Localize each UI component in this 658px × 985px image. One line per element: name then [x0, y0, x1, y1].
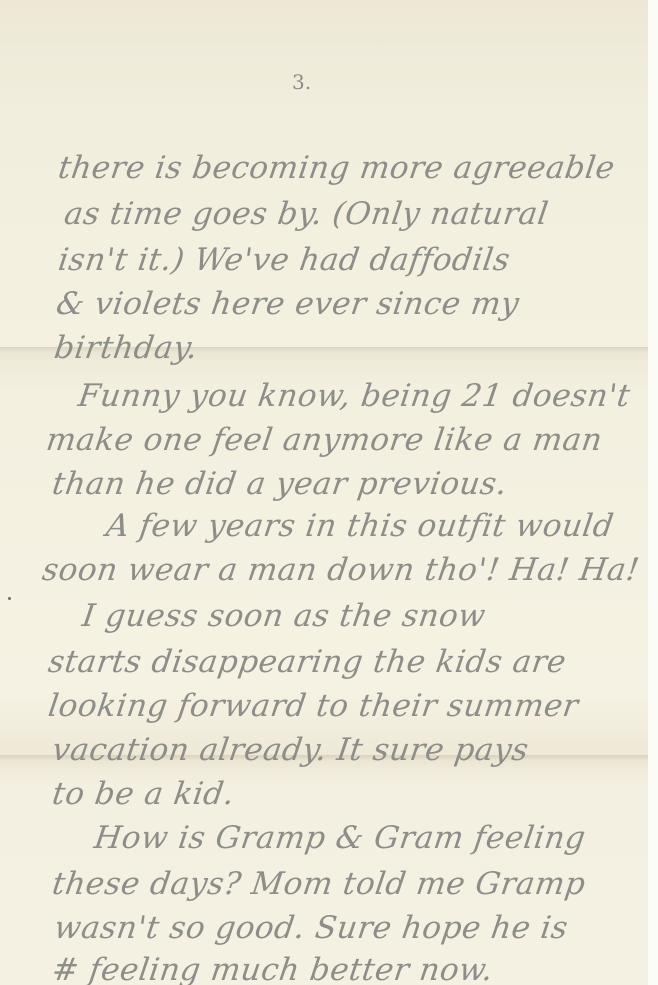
- letter-line: birthday.: [52, 330, 200, 366]
- letter-page: 3. there is becoming more agreeable as t…: [0, 0, 650, 985]
- letter-line: A few years in this outfit would: [104, 508, 616, 544]
- scan-edge: [648, 0, 658, 985]
- letter-line: to be a kid.: [50, 776, 237, 812]
- letter-line: isn't it.) We've had daffodils: [56, 242, 512, 278]
- letter-line: & violets here ever since my: [54, 286, 522, 322]
- letter-line: starts disappearing the kids are: [46, 644, 569, 680]
- letter-line: vacation already. It sure pays: [50, 732, 531, 768]
- margin-dot: [8, 597, 11, 600]
- letter-line: looking forward to their summer: [46, 688, 581, 724]
- letter-line: How is Gramp & Gram feeling: [92, 820, 588, 856]
- letter-line: there is becoming more agreeable: [56, 150, 617, 186]
- letter-line: wasn't so good. Sure hope he is: [52, 910, 570, 946]
- page-number: 3.: [292, 70, 311, 94]
- letter-line: make one feel anymore like a man: [44, 422, 605, 458]
- letter-line: Funny you know, being 21 doesn't: [76, 378, 633, 414]
- letter-line: # feeling much better now.: [50, 952, 496, 985]
- letter-line: soon wear a man down tho'! Ha! Ha!: [40, 552, 642, 588]
- letter-line: as time goes by. (Only natural: [62, 196, 551, 232]
- letter-line: these days? Mom told me Gramp: [50, 866, 588, 902]
- letter-line: than he did a year previous.: [50, 466, 510, 502]
- letter-line: I guess soon as the snow: [80, 598, 488, 634]
